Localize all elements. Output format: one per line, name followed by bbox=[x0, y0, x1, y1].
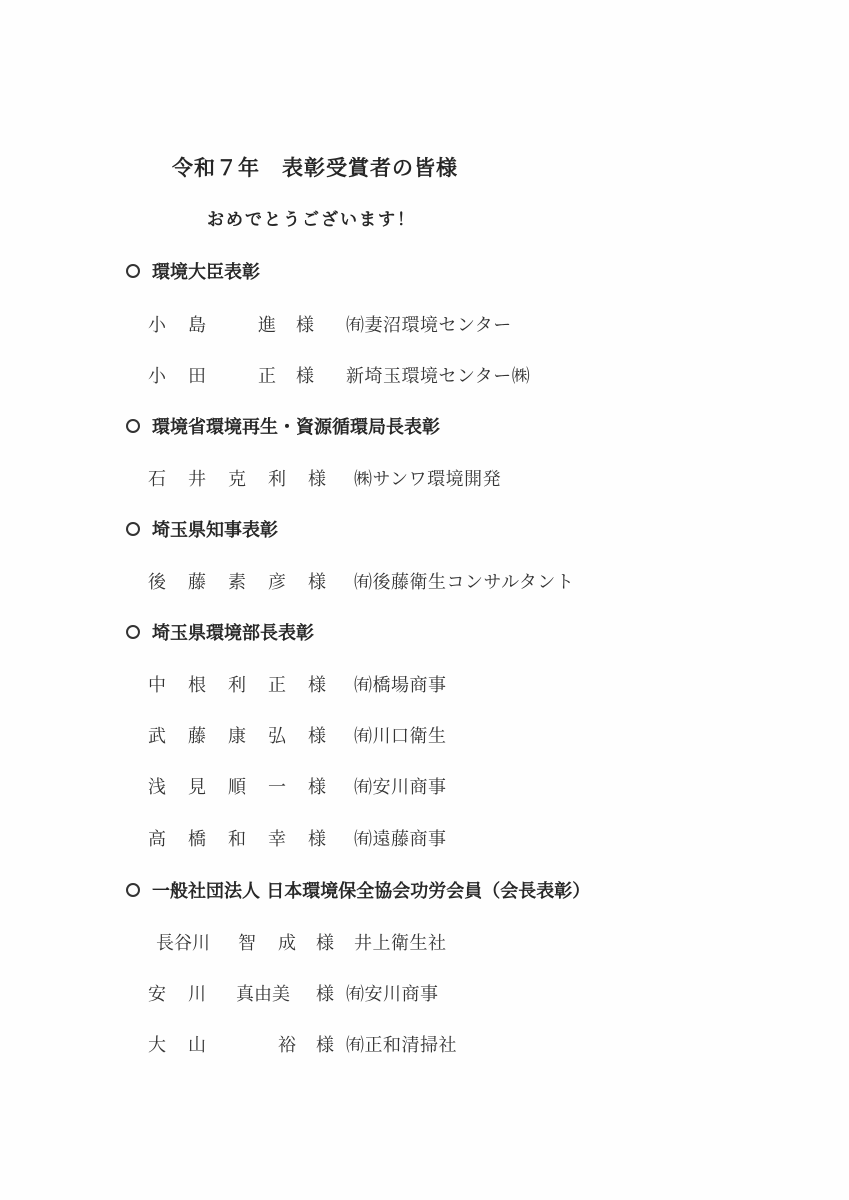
name-char: 大 bbox=[146, 1031, 168, 1057]
name-char: 素 bbox=[226, 568, 248, 594]
name-char: 一 bbox=[266, 773, 288, 799]
recipient-row: 大 山 裕 様 ㈲正和清掃社 bbox=[0, 1031, 849, 1055]
name-char: 川 bbox=[186, 980, 208, 1006]
section-heading-label: 環境省環境再生・資源循環局長表彰 bbox=[152, 413, 440, 439]
company-name: 新埼玉環境センター㈱ bbox=[346, 362, 530, 388]
name-char: 克 bbox=[226, 465, 248, 491]
company-name: ㈲正和清掃社 bbox=[346, 1031, 457, 1057]
section-heading-label: 一般社団法人 日本環境保全協会功労会員（会長表彰） bbox=[152, 877, 590, 903]
section-heading-label: 埼玉県知事表彰 bbox=[152, 516, 278, 542]
honorific: 様 bbox=[314, 1031, 336, 1057]
section-heading-environment-director-award: 埼玉県環境部長表彰 bbox=[126, 619, 314, 645]
honorific: 様 bbox=[306, 568, 328, 594]
page-subtitle: おめでとうございます！ bbox=[207, 205, 416, 230]
circle-bullet-icon bbox=[126, 419, 140, 433]
company-name: ㈲安川商事 bbox=[346, 980, 439, 1006]
recipient-row: 高 橋 和 幸 様 ㈲遠藤商事 bbox=[0, 825, 849, 849]
name-char: 島 bbox=[186, 311, 208, 337]
circle-bullet-icon bbox=[126, 522, 140, 536]
recipient-row: 中 根 利 正 様 ㈲橋場商事 bbox=[0, 671, 849, 695]
name-char: 藤 bbox=[186, 722, 208, 748]
name-char: 順 bbox=[226, 773, 248, 799]
name-char: 根 bbox=[186, 671, 208, 697]
name-char: 小 bbox=[146, 311, 168, 337]
company-name: ㈲遠藤商事 bbox=[354, 825, 447, 851]
recipient-row: 安 川 真由美 様 ㈲安川商事 bbox=[0, 980, 849, 1004]
name-char: 武 bbox=[146, 722, 168, 748]
name-char: 成 bbox=[276, 929, 298, 955]
name-char: 和 bbox=[226, 825, 248, 851]
name-char: 智 bbox=[236, 929, 258, 955]
name-char: 正 bbox=[256, 362, 278, 388]
name-char: 長谷川 bbox=[156, 929, 210, 955]
name-char: 安 bbox=[146, 980, 168, 1006]
company-name: 井上衛生社 bbox=[354, 929, 447, 955]
document-page: 令和７年 表彰受賞者の皆様 おめでとうございます！ 環境大臣表彰 小 島 進 様… bbox=[0, 0, 849, 1200]
recipient-row: 浅 見 順 一 様 ㈲安川商事 bbox=[0, 773, 849, 797]
name-char: 橋 bbox=[186, 825, 208, 851]
name-char: 弘 bbox=[266, 722, 288, 748]
honorific: 様 bbox=[306, 825, 328, 851]
name-char: 利 bbox=[226, 671, 248, 697]
recipient-row: 石 井 克 利 様 ㈱サンワ環境開発 bbox=[0, 465, 849, 489]
circle-bullet-icon bbox=[126, 264, 140, 278]
recipient-row: 長谷川 智 成 様 井上衛生社 bbox=[0, 929, 849, 953]
name-char: 高 bbox=[146, 825, 168, 851]
company-name: ㈲妻沼環境センター bbox=[346, 311, 512, 337]
name-char: 小 bbox=[146, 362, 168, 388]
name-char: 康 bbox=[226, 722, 248, 748]
circle-bullet-icon bbox=[126, 625, 140, 639]
section-heading-minister-award: 環境大臣表彰 bbox=[126, 258, 260, 284]
name-char: 裕 bbox=[276, 1031, 298, 1057]
section-heading-governor-award: 埼玉県知事表彰 bbox=[126, 516, 278, 542]
name-char: 石 bbox=[146, 465, 168, 491]
honorific: 様 bbox=[306, 722, 328, 748]
company-name: ㈲安川商事 bbox=[354, 773, 447, 799]
name-char: 正 bbox=[266, 671, 288, 697]
name-char: 進 bbox=[256, 311, 278, 337]
section-heading-association-award: 一般社団法人 日本環境保全協会功労会員（会長表彰） bbox=[126, 877, 590, 903]
name-char: 浅 bbox=[146, 773, 168, 799]
section-heading-bureau-director-award: 環境省環境再生・資源循環局長表彰 bbox=[126, 413, 440, 439]
honorific: 様 bbox=[314, 929, 336, 955]
name-char: 見 bbox=[186, 773, 208, 799]
page-title: 令和７年 表彰受賞者の皆様 bbox=[172, 152, 458, 182]
recipient-row: 小 島 進 様 ㈲妻沼環境センター bbox=[0, 311, 849, 335]
circle-bullet-icon bbox=[126, 883, 140, 897]
recipient-row: 武 藤 康 弘 様 ㈲川口衛生 bbox=[0, 722, 849, 746]
name-char: 利 bbox=[266, 465, 288, 491]
name-char: 山 bbox=[186, 1031, 208, 1057]
name-char: 彦 bbox=[266, 568, 288, 594]
honorific: 様 bbox=[314, 980, 336, 1006]
name-char: 井 bbox=[186, 465, 208, 491]
honorific: 様 bbox=[306, 773, 328, 799]
honorific: 様 bbox=[306, 465, 328, 491]
name-char: 真由美 bbox=[236, 980, 290, 1006]
section-heading-label: 環境大臣表彰 bbox=[152, 258, 260, 284]
honorific: 様 bbox=[294, 311, 316, 337]
company-name: ㈲橋場商事 bbox=[354, 671, 447, 697]
company-name: ㈲後藤衛生コンサルタント bbox=[354, 568, 574, 594]
honorific: 様 bbox=[294, 362, 316, 388]
honorific: 様 bbox=[306, 671, 328, 697]
name-char: 藤 bbox=[186, 568, 208, 594]
company-name: ㈱サンワ環境開発 bbox=[354, 465, 501, 491]
recipient-row: 小 田 正 様 新埼玉環境センター㈱ bbox=[0, 362, 849, 386]
company-name: ㈲川口衛生 bbox=[354, 722, 447, 748]
recipient-row: 後 藤 素 彦 様 ㈲後藤衛生コンサルタント bbox=[0, 568, 849, 592]
name-char: 中 bbox=[146, 671, 168, 697]
name-char: 後 bbox=[146, 568, 168, 594]
name-char: 田 bbox=[186, 362, 208, 388]
section-heading-label: 埼玉県環境部長表彰 bbox=[152, 619, 314, 645]
name-char: 幸 bbox=[266, 825, 288, 851]
